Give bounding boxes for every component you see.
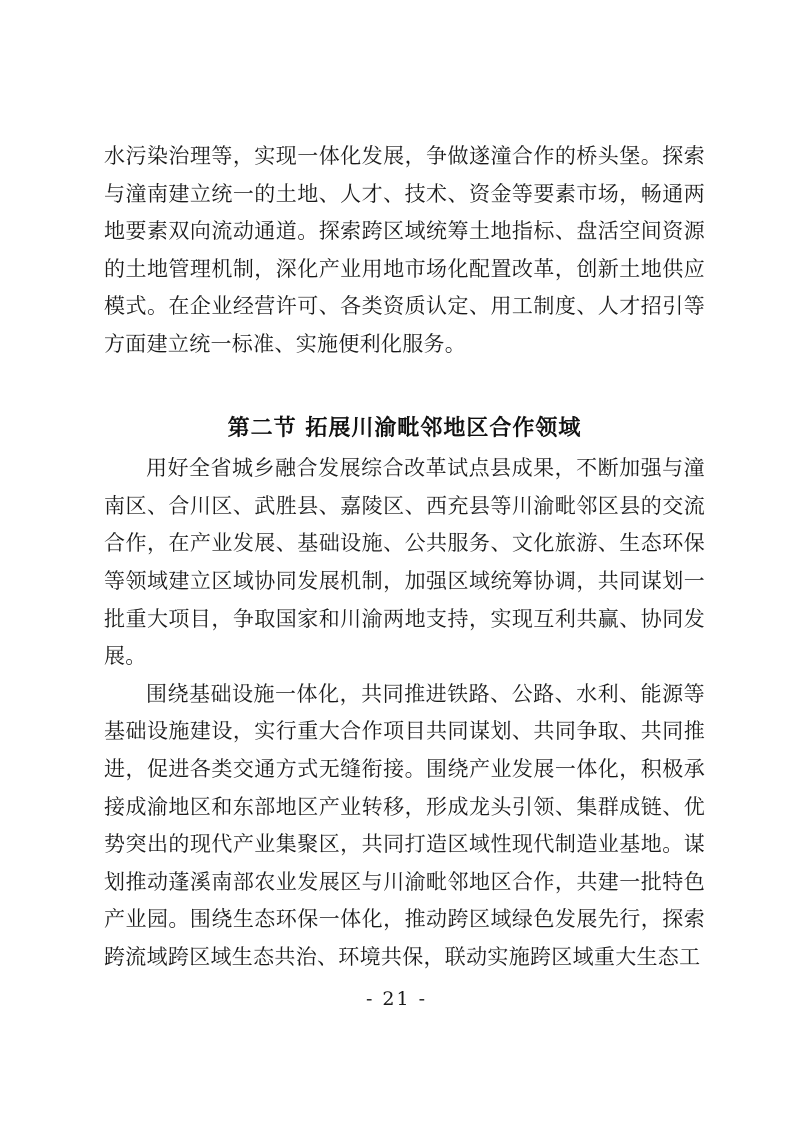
body-paragraph: 围绕基础设施一体化，共同推进铁路、公路、水利、能源等基础设施建设，实行重大合作项…	[104, 676, 705, 977]
page-number: - 21 -	[0, 988, 793, 1010]
page-content: 水污染治理等，实现一体化发展，争做遂潼合作的桥头堡。探索与潼南建立统一的土地、人…	[104, 138, 705, 976]
document-page: 水污染治理等，实现一体化发展，争做遂潼合作的桥头堡。探索与潼南建立统一的土地、人…	[0, 0, 793, 1122]
body-paragraph: 水污染治理等，实现一体化发展，争做遂潼合作的桥头堡。探索与潼南建立统一的土地、人…	[104, 138, 705, 364]
section-heading: 第二节 拓展川渝毗邻地区合作领域	[104, 410, 705, 448]
body-paragraph: 用好全省城乡融合发展综合改革试点县成果，不断加强与潼南区、合川区、武胜县、嘉陵区…	[104, 450, 705, 676]
